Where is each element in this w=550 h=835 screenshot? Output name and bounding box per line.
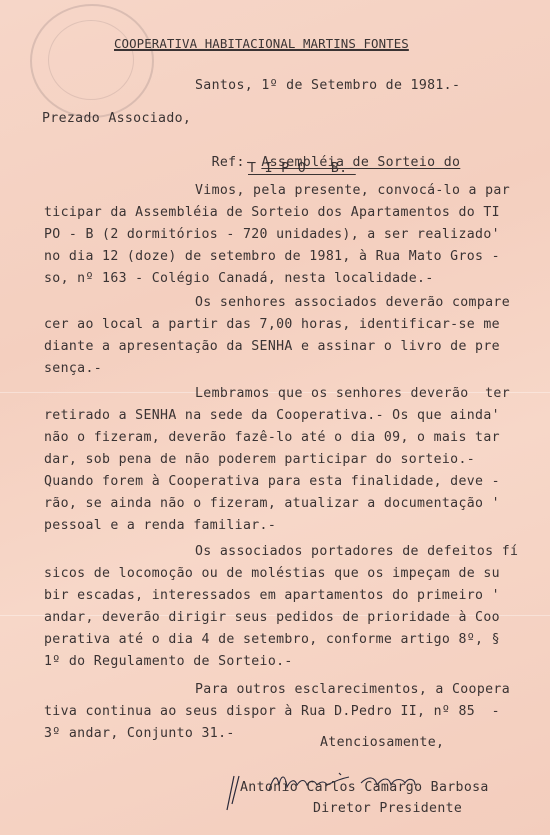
body-line: Vimos, pela presente, convocá-lo a par: [195, 183, 510, 199]
body-line: retirado a SENHA na sede da Cooperativa.…: [44, 408, 500, 424]
date-line: Santos, 1º de Setembro de 1981.-: [195, 78, 460, 94]
body-line: diante a apresentação da SENHA e assinar…: [44, 339, 500, 355]
body-line: PO - B (2 dormitórios - 720 unidades), a…: [44, 227, 500, 243]
rubber-stamp: [30, 4, 154, 118]
body-line: Lembramos que os senhores deverão ter: [195, 386, 510, 402]
letterhead-organization: COOPERATIVA HABITACIONAL MARTINS FONTES: [114, 36, 409, 52]
body-line: 3º andar, Conjunto 31.-: [44, 726, 235, 742]
body-line: andar, deverão dirigir seus pedidos de p…: [44, 610, 500, 626]
body-line: não o fizeram, deverão fazê-lo até o dia…: [44, 430, 500, 446]
signatory-title: Diretor Presidente: [313, 801, 462, 817]
body-line: cer ao local a partir das 7,00 horas, id…: [44, 317, 500, 333]
closing: Atenciosamente,: [320, 735, 444, 751]
body-line: Os senhores associados deverão compare: [195, 295, 510, 311]
body-line: rão, se ainda não o fizeram, atualizar a…: [44, 496, 500, 512]
reference-type: T I P O - B.-: [248, 161, 356, 177]
body-line: bir escadas, interessados em apartamento…: [44, 588, 500, 604]
body-line: 1º do Regulamento de Sorteio.-: [44, 654, 293, 670]
body-line: sicos de locomoção ou de moléstias que o…: [44, 566, 500, 582]
body-line: perativa até o dia 4 de setembro, confor…: [44, 632, 500, 648]
body-line: no dia 12 (doze) de setembro de 1981, à …: [44, 249, 500, 265]
body-line: dar, sob pena de não poderem participar …: [44, 452, 475, 468]
body-line: sença.-: [44, 361, 102, 377]
salutation: Prezado Associado,: [42, 111, 191, 127]
body-line: Os associados portadores de defeitos fí: [195, 544, 518, 560]
body-line: Para outros esclarecimentos, a Coopera: [195, 682, 510, 698]
signatory-name: Antonio Carlos Camargo Barbosa: [240, 780, 489, 796]
body-line: so, nº 163 - Colégio Canadá, nesta local…: [44, 271, 434, 287]
body-line: Quando forem à Cooperativa para esta fin…: [44, 474, 500, 490]
body-line: tiva continua ao seus dispor à Rua D.Ped…: [44, 704, 500, 720]
per-procurationem-mark: [224, 774, 240, 814]
body-line: pessoal e a renda familiar.-: [44, 518, 276, 534]
body-line: ticipar da Assembléia de Sorteio dos Apa…: [44, 205, 500, 221]
reference-label: Ref:-: [212, 155, 253, 170]
